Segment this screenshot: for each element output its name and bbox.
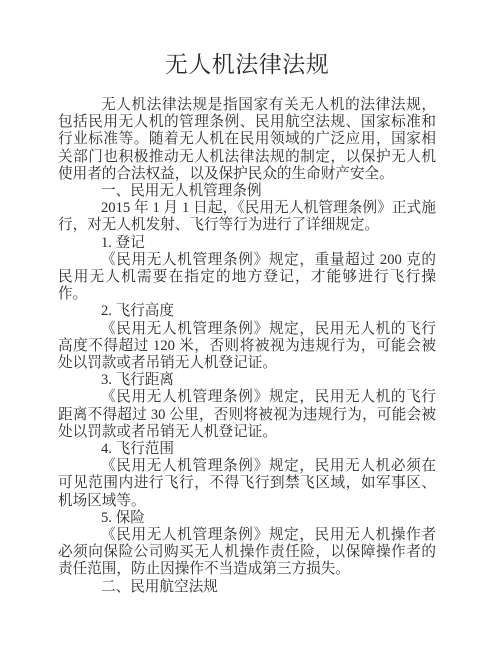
section-heading: 二、民用航空法规 bbox=[58, 579, 436, 596]
document-page: 无人机法律法规 无人机法律法规是指国家有关无人机的法律法规，包括民用无人机的管理… bbox=[0, 0, 500, 647]
paragraph: 《民用无人机管理条例》规定，重量超过 200 克的民用无人机需要在指定的地方登记… bbox=[58, 252, 436, 304]
section-heading: 4. 飞行范围 bbox=[58, 441, 436, 458]
paragraph: 《民用无人机管理条例》规定，民用无人机必须在可见范围内进行飞行，不得飞行到禁飞区… bbox=[58, 458, 436, 510]
paragraph: 无人机法律法规是指国家有关无人机的法律法规，包括民用无人机的管理条例、民用航空法… bbox=[58, 97, 436, 183]
paragraph: 《民用无人机管理条例》规定，民用无人机的飞行距离不得超过 30 公里，否则将被视… bbox=[58, 389, 436, 441]
section-heading: 1. 登记 bbox=[58, 235, 436, 252]
section-heading: 5. 保险 bbox=[58, 510, 436, 527]
section-heading: 3. 飞行距离 bbox=[58, 372, 436, 389]
section-heading: 2. 飞行高度 bbox=[58, 303, 436, 320]
paragraph: 2015 年 1 月 1 日起，《民用无人机管理条例》正式施行，对无人机发射、飞… bbox=[58, 200, 436, 234]
document-body: 无人机法律法规是指国家有关无人机的法律法规，包括民用无人机的管理条例、民用航空法… bbox=[58, 97, 436, 596]
section-heading: 一、民用无人机管理条例 bbox=[58, 183, 436, 200]
paragraph: 《民用无人机管理条例》规定，民用无人机操作者必须向保险公司购买无人机操作责任险，… bbox=[58, 527, 436, 579]
document-title: 无人机法律法规 bbox=[58, 49, 436, 81]
paragraph: 《民用无人机管理条例》规定，民用无人机的飞行高度不得超过 120 米，否则将被视… bbox=[58, 321, 436, 373]
